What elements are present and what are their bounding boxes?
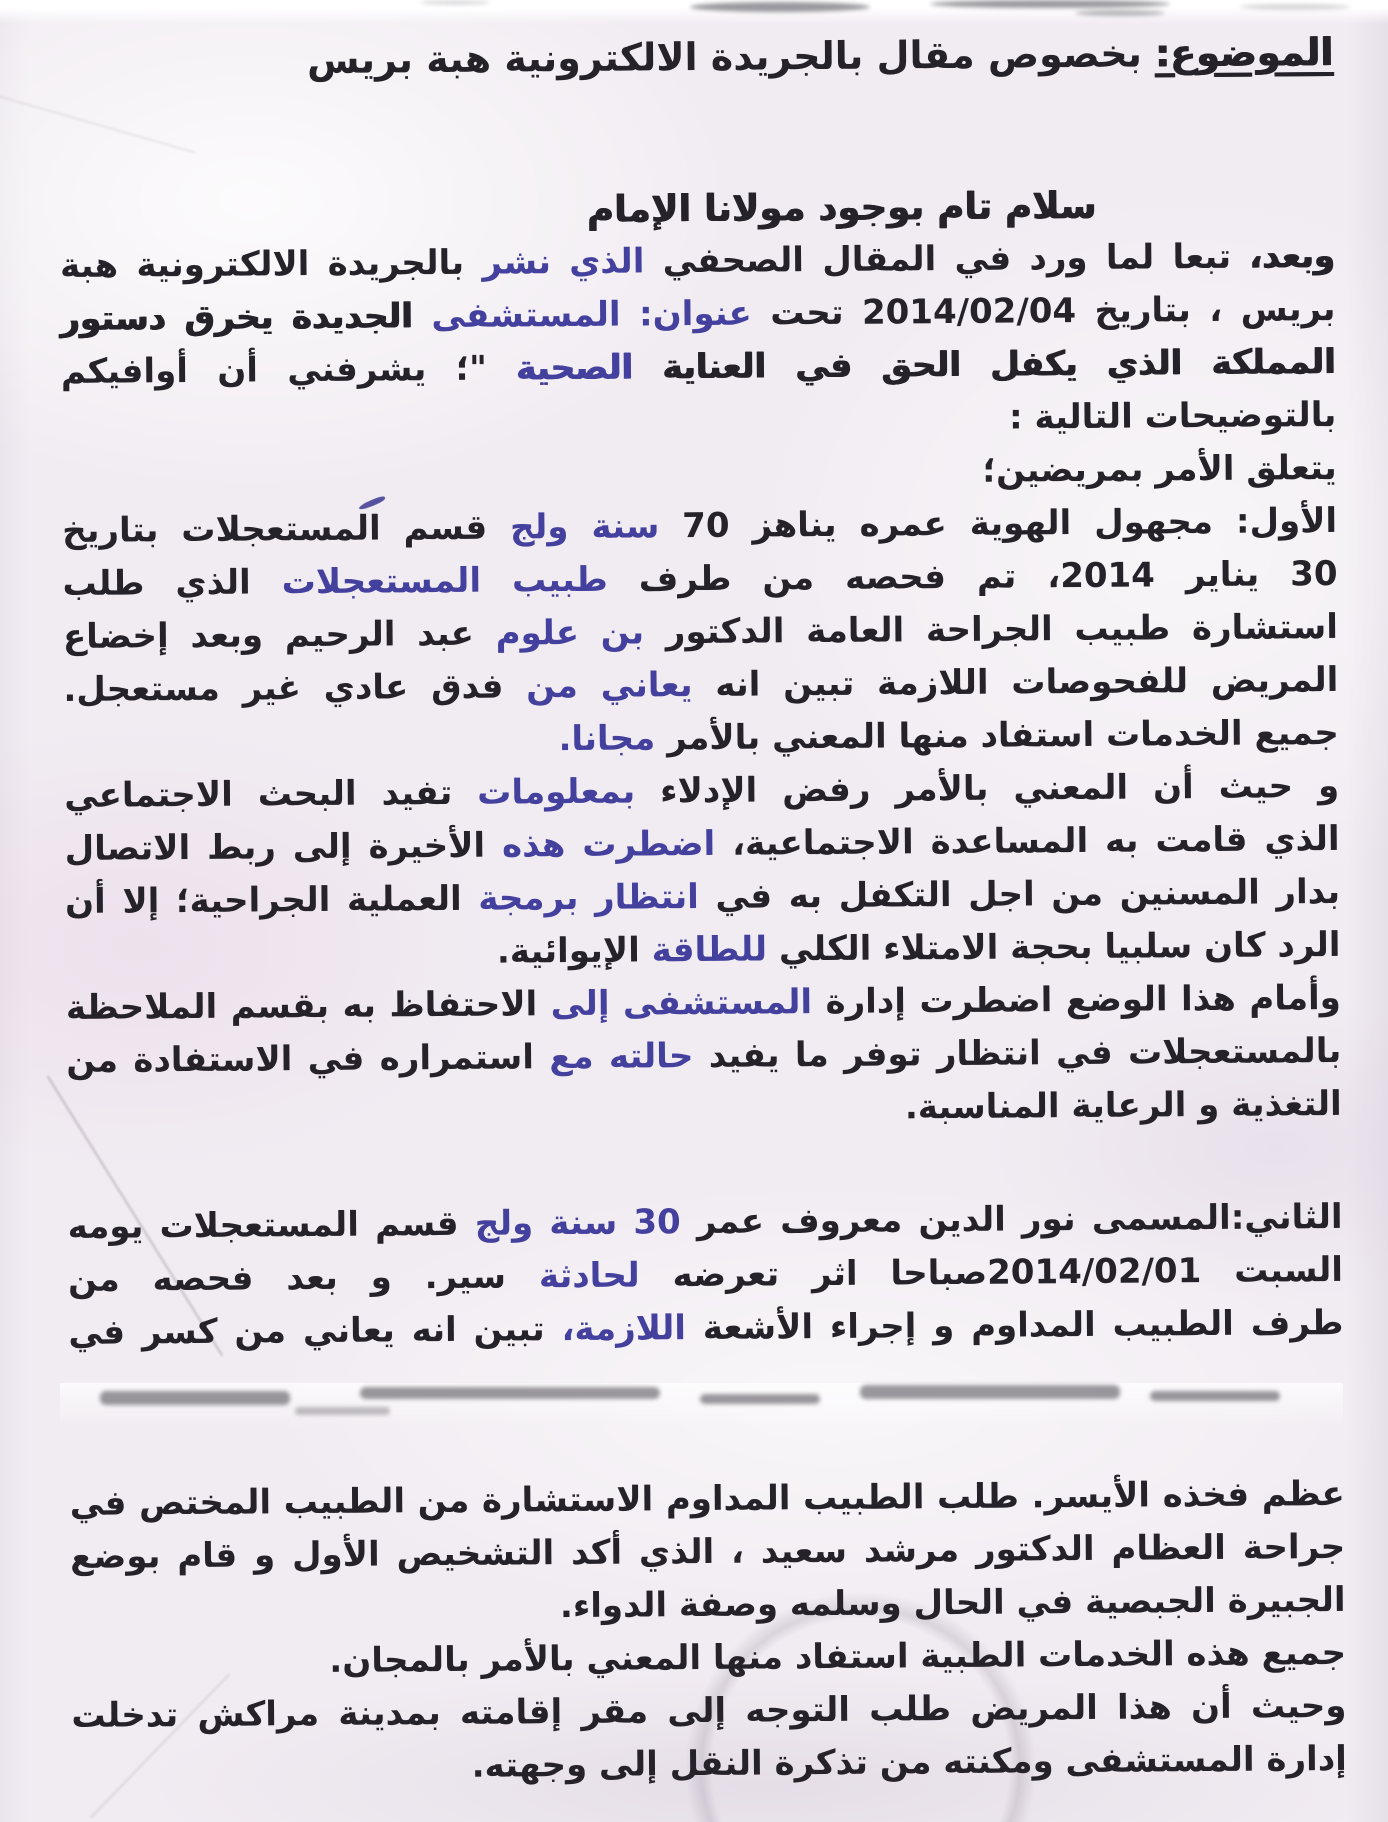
- text-segment: سير. و بعد فحصه من: [68, 1256, 539, 1300]
- text-segment: يتعلق الأمر بمريضين؛: [982, 448, 1337, 491]
- text-segment: عظم فخذه الأيسر. طلب الطبيب المداوم الاس…: [70, 1474, 1345, 1524]
- ink-annotation-segment: طبيب المستعجلات: [281, 560, 607, 603]
- ink-annotation-segment: اضطرت هذه: [502, 824, 715, 866]
- text-segment: 30 يناير 2014، تم فحصه من طرف: [608, 554, 1338, 600]
- subject-line: الموضوع: بخصوص مقال بالجريدة الالكترونية…: [58, 21, 1333, 93]
- text-segment: الجبيرة الجبصية في الحال وسلمه وصفة الدو…: [560, 1580, 1346, 1626]
- text-segment: السبت 2014/02/01صباحا اثر تعرضه: [640, 1250, 1344, 1296]
- text-segment: الثاني:المسمى نور الدين معروف عمر: [681, 1197, 1343, 1242]
- text-segment: الاحتفاظ به بقسم الملاحظة: [66, 984, 551, 1028]
- text-segment: جميع الخدمات استفاد منها المعني بالأمر: [655, 713, 1339, 758]
- ink-annotation-segment: انتظار برمجة: [478, 877, 699, 919]
- text-segment: بالجريدة الالكترونية هبة: [60, 243, 483, 286]
- ink-annotation-segment: المستشفى إلى: [551, 982, 813, 1024]
- text-segment: فدق عادي غير مستعجل.: [63, 666, 526, 710]
- fold-smear: [700, 1394, 820, 1404]
- text-segment: طرف الطبيب المداوم و إجراء الأشعة: [686, 1303, 1344, 1348]
- text-segment: استمراره في الاستفادة من: [66, 1037, 549, 1081]
- ink-annotation-segment: بن علوم: [495, 612, 644, 653]
- text-segment: بريس ، بتاريخ 2014/02/04 تحت: [752, 289, 1336, 334]
- document-sheet: الموضوع: بخصوص مقال بالجريدة الالكترونية…: [0, 0, 1388, 1822]
- fold-smear: [1150, 1391, 1280, 1401]
- ink-annotation-segment: الصحية: [516, 347, 633, 388]
- ink-annotation-segment: بمعلومات: [477, 771, 635, 812]
- ink-annotation-segment: حالته مع: [549, 1036, 693, 1077]
- text-segment: الإيوائية.: [497, 930, 652, 971]
- fold-crease: [60, 1383, 1343, 1427]
- letter-content: الموضوع: بخصوص مقال بالجريدة الالكترونية…: [0, 0, 1388, 1822]
- ink-annotation-segment: مجانا.: [558, 718, 655, 759]
- text-segment: جراحة العظام الدكتور مرشد سعيد ، الذي أك…: [70, 1527, 1345, 1577]
- paragraph-social: و حيث أن المعني بالأمر رفض الإدلاء بمعلو…: [64, 760, 1341, 982]
- body: وبعد، تبعا لما ورد في المقال الصحفي الذي…: [60, 230, 1347, 1796]
- ink-annotation-segment: لحادثة: [539, 1255, 640, 1296]
- text-segment: بالتوضيحات التالية :: [1009, 395, 1337, 438]
- text-segment: تفيد البحث الاجتماعي: [64, 773, 477, 816]
- fold-smear: [360, 1387, 660, 1399]
- ink-annotation-segment: المستشفى: [431, 295, 620, 336]
- text-segment: قسم المستعجلات بتاريخ: [62, 507, 510, 551]
- text-line: طرف الطبيب المداوم و إجراء الأشعة اللازم…: [68, 1297, 1343, 1360]
- text-segment: الجديدة يخرق دستور: [60, 296, 413, 339]
- paragraph-keep: وأمام هذا الوضع اضطرت إدارة المستشفى إلى…: [66, 972, 1342, 1141]
- text-segment: وأمام هذا الوضع اضطرت إدارة: [812, 978, 1341, 1022]
- ink-annotation-segment: عنوان:: [639, 294, 752, 335]
- text-segment: إدارة المستشفى ومكنته من تذكرة النقل إلى…: [471, 1739, 1347, 1786]
- text-segment: استشارة طبيب الجراحة العامة الدكتور: [644, 607, 1338, 652]
- text-segment: [620, 294, 639, 334]
- subject-text: بخصوص مقال بالجريدة الالكترونية هبة بريس: [307, 31, 1155, 82]
- fold-smear: [860, 1385, 1120, 1399]
- text-line: التغذية و الرعاية المناسبة.: [67, 1078, 1342, 1141]
- text-segment: "؛ يشرفني أن أوافيكم: [61, 348, 517, 392]
- text-segment: قسم المستعجلات يومه: [67, 1204, 474, 1247]
- text-segment: عبد الرحيم وبعد إخضاع: [63, 614, 496, 657]
- text-segment: تبعا لما ورد في المقال الصحفي: [644, 237, 1249, 282]
- text-segment: وحيث أن هذا المريض طلب التوجه إلى مقر إق…: [71, 1686, 1346, 1736]
- greeting-line: سلام تام بوجود مولانا الإمام: [59, 179, 1096, 240]
- paragraph-first: الأول: مجهول الهوية عمره يناهز 70 سنة ول…: [62, 495, 1339, 770]
- text-segment: بدار المسنين من اجل التكفل به في: [699, 872, 1341, 917]
- text-segment: بالمستعجلات في انتظار توفر ما يفيد: [693, 1031, 1341, 1076]
- text-segment: الرد كان سلبيا بحجة الامتلاء الكلي: [767, 925, 1341, 970]
- text-segment: و حيث أن المعني بالأمر رفض الإدلاء: [635, 766, 1339, 812]
- text-segment: وبعد،: [1249, 236, 1335, 277]
- fold-smear: [100, 1391, 290, 1405]
- subject-label: الموضوع:: [1155, 30, 1334, 75]
- text-segment: [413, 296, 432, 336]
- text-segment: المريض للفحوصات اللازمة تبين انه: [692, 660, 1338, 705]
- text-segment: الأخيرة إلى ربط الاتصال: [64, 826, 502, 869]
- ink-annotation-segment: للطاقة: [651, 929, 767, 970]
- ink-annotation-segment: يعاني من: [526, 665, 693, 706]
- text-segment: المملكة الذي يكفل الحق في العناية: [633, 342, 1336, 388]
- text-segment: الذي طلب: [62, 562, 281, 604]
- text-segment: الأول: مجهول الهوية عمره يناهز 70: [659, 501, 1337, 546]
- text-segment: جميع هذه الخدمات الطبية استفاد منها المع…: [329, 1633, 1346, 1681]
- paragraph-followup: عظم فخذه الأيسر. طلب الطبيب المداوم الاس…: [70, 1468, 1347, 1796]
- paragraph-second: الثاني:المسمى نور الدين معروف عمر 30 سنة…: [67, 1191, 1343, 1360]
- paragraph-intro: وبعد، تبعا لما ورد في المقال الصحفي الذي…: [60, 230, 1337, 452]
- text-line: إدارة المستشفى ومكنته من تذكرة النقل إلى…: [72, 1733, 1347, 1796]
- ink-annotation-segment: سنة ولج: [510, 506, 660, 547]
- ink-annotation-segment: 30 سنة ولج: [475, 1202, 681, 1244]
- text-segment: التغذية و الرعاية المناسبة.: [905, 1084, 1342, 1127]
- text-segment: العملية الجراحية؛ إلا أن: [65, 879, 479, 922]
- ink-annotation-segment: الذي نشر: [482, 241, 644, 282]
- text-segment: الذي قامت به المساعدة الاجتماعية،: [715, 819, 1340, 864]
- text-segment: تبين انه يعاني من كسر في: [68, 1309, 561, 1353]
- ink-annotation-segment: اللازمة،: [561, 1308, 686, 1349]
- fold-smear: [295, 1407, 390, 1415]
